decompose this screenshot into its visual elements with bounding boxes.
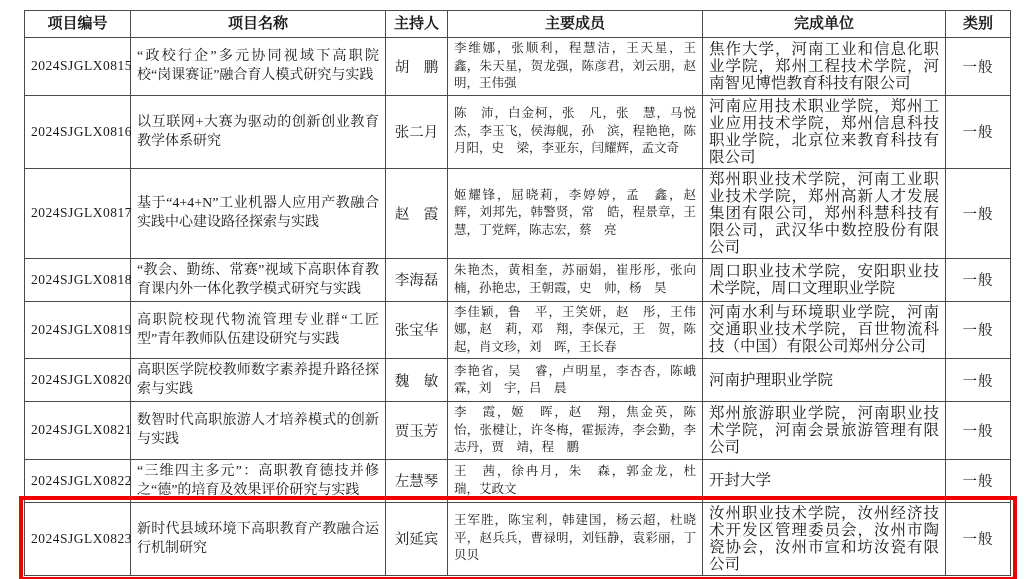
table-row: 2024SJGLX0815 “政校行企”多元协同视域下高职院校“岗课赛证”融合育…	[25, 38, 1011, 96]
project-units: 汝州职业技术学院，汝州经济技术开发区管理委员会，汝州市陶瓷协会，汝州市宣和坊汝瓷…	[703, 502, 946, 575]
project-leader: 张宝华	[386, 301, 448, 359]
header-leader: 主持人	[386, 11, 448, 38]
project-units: 河南水利与环境职业学院，河南交通职业技术学院，百世物流科技（中国）有限公司郑州分…	[703, 301, 946, 359]
project-name: “三维四主多元”：高职教育德技并修之“德”的培育及效果评价研究与实践	[131, 459, 386, 502]
project-leader: 魏 敏	[386, 359, 448, 402]
project-units: 河南护理职业学院	[703, 359, 946, 402]
project-category: 一般	[946, 95, 1011, 168]
project-leader: 左慧琴	[386, 459, 448, 502]
project-id: 2024SJGLX0820	[25, 359, 131, 402]
project-name: 高职院校现代物流管理专业群“工匠型”青年教师队伍建设研究与实践	[131, 301, 386, 359]
project-category: 一般	[946, 301, 1011, 359]
project-name: “教会、勤练、常赛”视域下高职体育教育课内外一体化教学模式研究与实践	[131, 258, 386, 301]
project-members: 李艳省，吴 睿，卢明星，李杏杏，陈峨霖，刘 宇，吕 晨	[448, 359, 703, 402]
project-units: 开封大学	[703, 459, 946, 502]
project-leader: 赵 霞	[386, 168, 448, 258]
project-units: 焦作大学，河南工业和信息化职业学院，郑州工程技术学院，河南智见博恺教育科技有限公…	[703, 38, 946, 96]
project-members: 李维娜，张顺利，程慧洁，王天星，王 鑫，朱天星，贺龙强，陈彦君，刘云朋，赵 明，…	[448, 38, 703, 96]
project-id: 2024SJGLX0819	[25, 301, 131, 359]
table-row: 2024SJGLX0818 “教会、勤练、常赛”视域下高职体育教育课内外一体化教…	[25, 258, 1011, 301]
project-id: 2024SJGLX0817	[25, 168, 131, 258]
table-body: 2024SJGLX0815 “政校行企”多元协同视域下高职院校“岗课赛证”融合育…	[25, 38, 1011, 576]
project-leader: 贾玉芳	[386, 402, 448, 460]
project-members: 朱艳杰，黄相奎，苏丽娟，崔彤彤，张向楠，孙艳忠，王朝霞，史 帅，杨 昊	[448, 258, 703, 301]
header-units: 完成单位	[703, 11, 946, 38]
project-members: 王 茜，徐冉月，朱 森，郭金龙，杜 瑞，艾政文	[448, 459, 703, 502]
project-name: 高职医学院校教师数字素养提升路径探索与实践	[131, 359, 386, 402]
project-leader: 刘延宾	[386, 502, 448, 575]
project-members: 李 霞，姬 晖，赵 翔，焦金英，陈 怡，张楗让，许冬梅，霍振涛，李会勤，李志丹，…	[448, 402, 703, 460]
table-row: 2024SJGLX0823 新时代县域环境下高职教育产教融合运行机制研究 刘延宾…	[25, 502, 1011, 575]
project-units: 周口职业技术学院，安阳职业技术学院，周口文理职业学院	[703, 258, 946, 301]
projects-table: 项目编号 项目名称 主持人 主要成员 完成单位 类别 2024SJGLX0815…	[24, 10, 1011, 576]
project-name: 新时代县域环境下高职教育产教融合运行机制研究	[131, 502, 386, 575]
header-members: 主要成员	[448, 11, 703, 38]
table-row: 2024SJGLX0820 高职医学院校教师数字素养提升路径探索与实践 魏 敏 …	[25, 359, 1011, 402]
project-id: 2024SJGLX0815	[25, 38, 131, 96]
project-units: 郑州职业技术学院，河南工业职业技术学院，郑州高新人才发展集团有限公司，郑州科慧科…	[703, 168, 946, 258]
project-name: “政校行企”多元协同视域下高职院校“岗课赛证”融合育人模式研究与实践	[131, 38, 386, 96]
project-units: 河南应用技术职业学院，郑州工业应用技术学院，郑州信息科技职业学院，北京位来教育科…	[703, 95, 946, 168]
project-members: 姬耀锋，屈晓莉，李婷婷，孟 鑫，赵 辉，刘邦先，韩警贤，常 皓，程景章，王 慧，…	[448, 168, 703, 258]
project-name: 数智时代高职旅游人才培养模式的创新与实践	[131, 402, 386, 460]
project-category: 一般	[946, 258, 1011, 301]
project-category: 一般	[946, 359, 1011, 402]
project-category: 一般	[946, 459, 1011, 502]
project-id: 2024SJGLX0818	[25, 258, 131, 301]
header-project-id: 项目编号	[25, 11, 131, 38]
table-row: 2024SJGLX0816 以互联网+大赛为驱动的创新创业教育教学体系研究 张二…	[25, 95, 1011, 168]
project-units: 郑州旅游职业学院，河南职业技术学院，河南会景旅游管理有限公司	[703, 402, 946, 460]
table-row: 2024SJGLX0817 基于“4+4+N”工业机器人应用产教融合实践中心建设…	[25, 168, 1011, 258]
header-category: 类别	[946, 11, 1011, 38]
table-row: 2024SJGLX0821 数智时代高职旅游人才培养模式的创新与实践 贾玉芳 李…	[25, 402, 1011, 460]
project-category: 一般	[946, 402, 1011, 460]
project-id: 2024SJGLX0823	[25, 502, 131, 575]
project-id: 2024SJGLX0816	[25, 95, 131, 168]
project-leader: 张二月	[386, 95, 448, 168]
table-row: 2024SJGLX0822 “三维四主多元”：高职教育德技并修之“德”的培育及效…	[25, 459, 1011, 502]
project-name: 以互联网+大赛为驱动的创新创业教育教学体系研究	[131, 95, 386, 168]
project-members: 李佳颖，鲁 平，王笑妍，赵 彤，王伟娜，赵 莉，邓 翔，李保元，王 贺，陈 起，…	[448, 301, 703, 359]
project-members: 王军胜，陈宝利，韩建国，杨云超，杜晓平，赵兵兵，曹禄明，刘钰静，袁彩丽，丁贝贝	[448, 502, 703, 575]
project-id: 2024SJGLX0822	[25, 459, 131, 502]
project-category: 一般	[946, 168, 1011, 258]
document-page: 项目编号 项目名称 主持人 主要成员 完成单位 类别 2024SJGLX0815…	[0, 0, 1029, 579]
project-members: 陈 沛，白金柯，张 凡，张 慧，马悦杰，李玉飞，侯海舰，孙 滨，程艳艳，陈月阳，…	[448, 95, 703, 168]
project-leader: 李海磊	[386, 258, 448, 301]
project-category: 一般	[946, 38, 1011, 96]
table-row: 2024SJGLX0819 高职院校现代物流管理专业群“工匠型”青年教师队伍建设…	[25, 301, 1011, 359]
header-row: 项目编号 项目名称 主持人 主要成员 完成单位 类别	[25, 11, 1011, 38]
project-id: 2024SJGLX0821	[25, 402, 131, 460]
project-name: 基于“4+4+N”工业机器人应用产教融合实践中心建设路径探索与实践	[131, 168, 386, 258]
project-leader: 胡 鹏	[386, 38, 448, 96]
header-project-name: 项目名称	[131, 11, 386, 38]
project-category: 一般	[946, 502, 1011, 575]
